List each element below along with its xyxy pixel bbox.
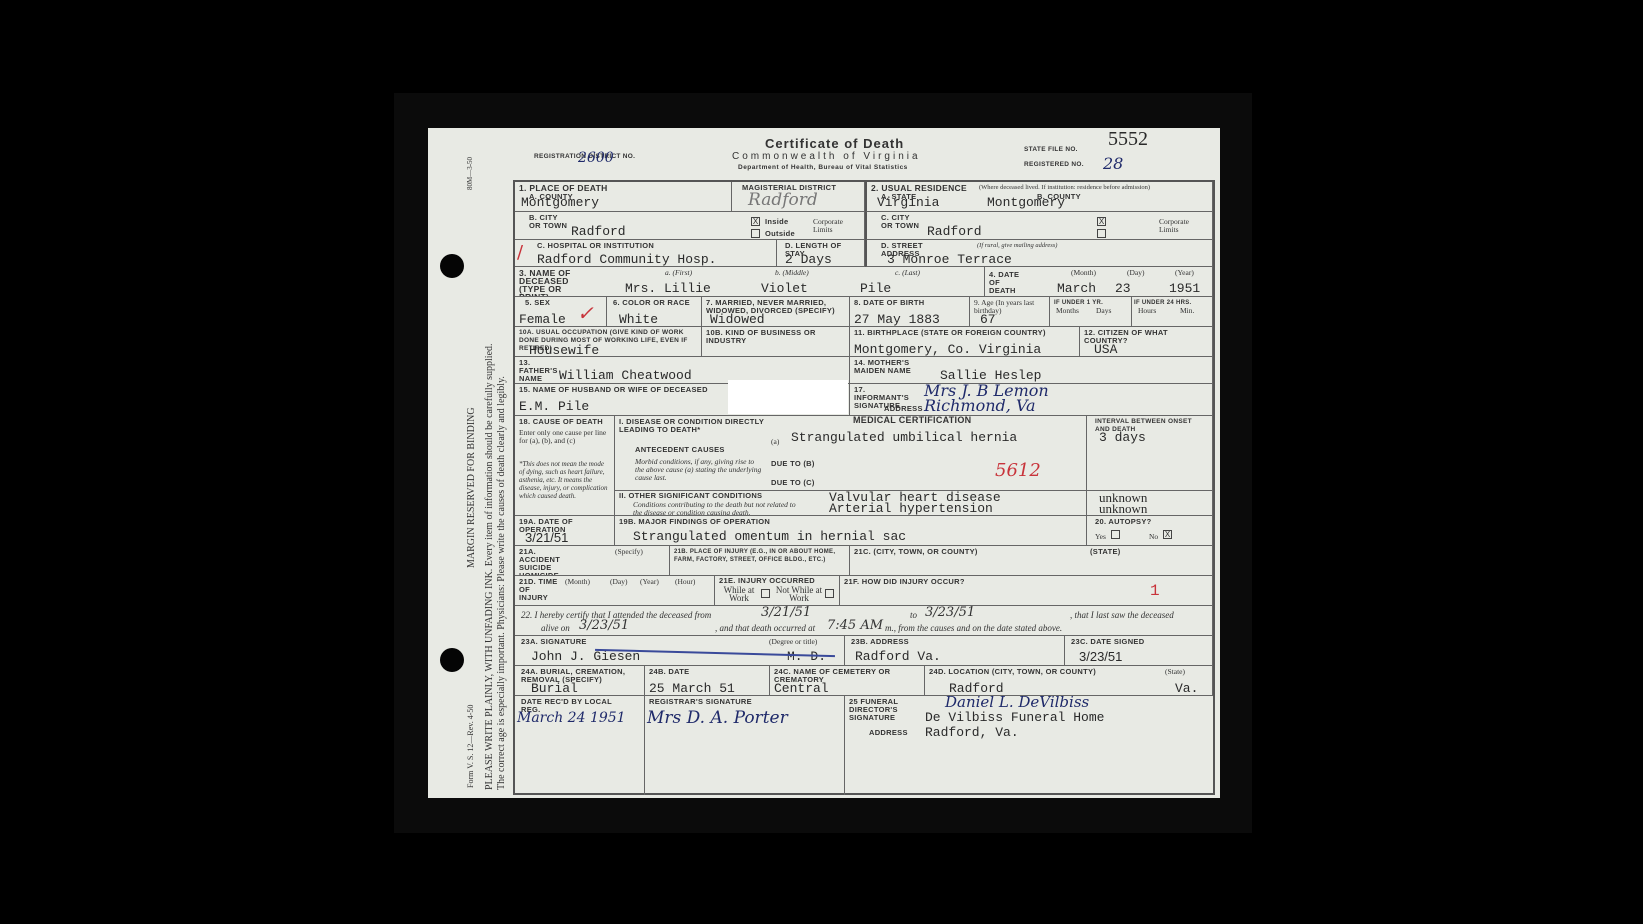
middle-name: Violet — [761, 281, 808, 296]
burial-type-cell: 24a. Burial, Cremation, Removal (Specify… — [515, 666, 645, 696]
age-cell: 9. Age (In years last birthday) 67 — [970, 297, 1050, 327]
date-signed: 3/23/51 — [1079, 649, 1122, 664]
residence-outside-checkbox[interactable] — [1097, 229, 1106, 238]
street-cell: d. Street Address (If rural, give mailin… — [865, 240, 1213, 267]
mother-cell: 14. Mother's Maiden Name Sallie Heslep — [850, 357, 1213, 384]
cemetery-cell: 24c. Name of Cemetery or Crematory Centr… — [770, 666, 925, 696]
race: White — [619, 312, 658, 327]
cause-code: 5612 — [995, 460, 1041, 481]
funeral-director-cell: 25 Funeral Director's Signature Daniel L… — [845, 696, 1213, 795]
death-inside-checkbox[interactable]: X — [751, 217, 760, 226]
accident-cell: 21a. Accident Suicide Homicide (Specify) — [515, 546, 670, 576]
birthplace: Montgomery, Co. Virginia — [854, 342, 1041, 357]
death-day: 23 — [1115, 281, 1131, 296]
dob-cell: 8. Date of Birth 27 May 1883 — [850, 297, 970, 327]
not-while-at-work-checkbox[interactable] — [825, 589, 834, 598]
received-date: March 24 1951 — [517, 710, 626, 726]
red-check-mark: / — [517, 242, 523, 263]
marital-status: Widowed — [710, 312, 765, 327]
burial-location-cell: 24d. Location (City, town, or county) (S… — [925, 666, 1213, 696]
cause-a: Strangulated umbilical hernia — [791, 430, 1017, 445]
name-cell: 3. Name of Deceased (Type or Print) a. (… — [515, 267, 985, 297]
stay-cell: d. Length of Stay 2 Days — [777, 240, 865, 267]
medical-certification-title: Medical Certification — [853, 416, 971, 424]
birthplace-cell: 11. Birthplace (State or foreign country… — [850, 327, 1080, 357]
under-year-cell: If under 1 yr. Months Days — [1050, 297, 1132, 327]
autopsy-cell: 20. Autopsy? Yes No X — [1087, 516, 1213, 546]
cause-i-cell: I. Disease or Condition Directly Leading… — [615, 416, 1087, 491]
other-conditions-cell: II. Other Significant Conditions Conditi… — [615, 491, 1087, 516]
department-title: Department of Health, Bureau of Vital St… — [738, 164, 908, 171]
funeral-director-signature: Daniel L. DeVilbiss — [945, 696, 1089, 711]
other-interval-2: unknown — [1099, 501, 1147, 516]
race-cell: 6. Color or Race White — [607, 297, 702, 327]
certificate-title: Certificate of Death — [765, 136, 904, 151]
instructions-1: PLEASE WRITE PLAINLY, WITH UNFADING INK.… — [484, 343, 495, 790]
how-injury-cell: 21f. How did injury occur? 1 — [840, 576, 1213, 606]
injury-city-cell: 21c. (City, Town, or County) (State) — [850, 546, 1213, 576]
autopsy-yes-checkbox[interactable] — [1111, 530, 1120, 539]
state-file-label: State File No. — [1024, 146, 1078, 154]
marital-cell: 7. Married, Never Married, Widowed, Divo… — [702, 297, 850, 327]
residence-county: Montgomery — [987, 195, 1065, 210]
age: 67 — [980, 312, 996, 327]
red-mark: 1 — [1150, 582, 1160, 600]
operation-date: 3/21/51 — [525, 530, 568, 545]
operation-findings-cell: 19b. Major Findings of Operation Strangu… — [615, 516, 1087, 546]
length-of-stay: 2 Days — [785, 252, 832, 267]
other-interval-cell: unknown unknown — [1087, 491, 1213, 516]
funeral-director-address: Radford, Va. — [925, 725, 1019, 740]
residence-inside-checkbox[interactable]: X — [1097, 217, 1106, 226]
date-of-death-cell: 4. Date of Death (Month) (Day) (Year) Ma… — [985, 267, 1213, 297]
first-name: Mrs. Lillie — [625, 281, 711, 296]
burial-date-cell: 24b. Date 25 March 51 — [645, 666, 770, 696]
autopsy-no-checkbox[interactable]: X — [1163, 530, 1172, 539]
physician-address: Radford Va. — [855, 649, 941, 664]
red-check-mark: ✓ — [577, 301, 594, 325]
physician-address-cell: 23b. Address Radford Va. — [845, 636, 1065, 666]
registered-no-label: Registered No. — [1024, 161, 1084, 169]
form-code: Form V. S. 12—Rev. 4-50 — [466, 705, 475, 788]
magisterial-cell: Magisterial District Radford — [732, 182, 865, 212]
interval-a: 3 days — [1099, 430, 1146, 445]
registrar-signature: Mrs D. A. Porter — [647, 708, 788, 728]
death-county-cell: 1. Place of Death a. County Montgomery — [515, 182, 732, 212]
physician-signature-cell: 23a. Signature (Degree or title) John J.… — [515, 636, 845, 666]
redaction-box — [728, 380, 848, 414]
instructions-2: The correct age is especially important.… — [496, 376, 507, 790]
operation-findings: Strangulated omentum in hernial sac — [633, 529, 906, 544]
residence-city-cell: c. City or Town Radford X Corporate Limi… — [865, 212, 1213, 240]
registration-district-no: 2600 — [578, 150, 614, 166]
burial-location: Radford — [949, 681, 1004, 696]
other-condition-2: Arterial hypertension — [829, 501, 993, 516]
attended-from: 3/21/51 — [761, 606, 811, 620]
date-of-birth: 27 May 1883 — [854, 312, 940, 327]
informant-cell: 17. Informant's Signature Address Mrs J.… — [850, 384, 1213, 416]
occupation: Housewife — [529, 343, 599, 357]
death-county: Montgomery — [521, 195, 599, 210]
received-date-cell: Date Rec'd by Local Reg. March 24 1951 — [515, 696, 645, 795]
burial-state: Va. — [1175, 681, 1198, 696]
occupation-cell: 10a. Usual Occupation (Give kind of work… — [515, 327, 702, 357]
injury-place-cell: 21b. Place of Injury (e.g., in or about … — [670, 546, 850, 576]
injury-time-cell: 21d. Time of Injury (Month) (Day) (Year)… — [515, 576, 715, 606]
binding-hole — [440, 648, 464, 672]
registrar-cell: Registrar's Signature Mrs D. A. Porter — [645, 696, 845, 795]
death-outside-checkbox[interactable] — [751, 229, 760, 238]
last-seen-alive: 3/23/51 — [579, 618, 629, 633]
death-city: Radford — [571, 224, 626, 239]
informant-address: Richmond, Va — [924, 396, 1036, 415]
under-day-cell: If under 24 hrs. Hours Min. — [1132, 297, 1213, 327]
date-signed-cell: 23c. Date Signed 3/23/51 — [1065, 636, 1213, 666]
registered-no: 28 — [1103, 154, 1123, 173]
business-cell: 10b. Kind of Business or Industry — [702, 327, 850, 357]
binding-note: MARGIN RESERVED FOR BINDING — [466, 407, 477, 568]
attended-to: 3/23/51 — [925, 606, 975, 620]
mother-name: Sallie Heslep — [940, 368, 1041, 383]
sex: Female — [519, 312, 566, 327]
residence-city: Radford — [927, 224, 982, 239]
hospital: Radford Community Hosp. — [537, 252, 716, 267]
father-name: William Cheatwood — [559, 368, 692, 383]
certification-cell: 22. I hereby certify that I attended the… — [515, 606, 1213, 636]
burial-type: Burial — [531, 681, 578, 696]
injury-occurred-cell: 21e. Injury Occurred While at Work Not W… — [715, 576, 840, 606]
print-code: 80M—3-50 — [466, 157, 474, 190]
death-month: March — [1057, 281, 1096, 296]
cause-instructions-cell: 18. Cause of Death Enter only one cause … — [515, 416, 615, 516]
interval-cell: Interval between onset and death 3 days — [1087, 416, 1213, 491]
burial-date: 25 March 51 — [649, 681, 735, 696]
hospital-cell: / c. Hospital or Institution Radford Com… — [515, 240, 777, 267]
residence-state-cell: 2. Usual Residence (Where deceased lived… — [865, 182, 1213, 212]
funeral-home: De Vilbiss Funeral Home — [925, 710, 1104, 725]
commonwealth-title: Commonwealth of Virginia — [732, 151, 921, 162]
while-at-work-checkbox[interactable] — [761, 589, 770, 598]
death-city-cell: b. City or Town Radford X Inside Outside… — [515, 212, 865, 240]
state-file-no: 5552 — [1108, 128, 1148, 151]
spouse-name: E.M. Pile — [519, 399, 589, 414]
street-address: 3 Monroe Terrace — [887, 252, 1012, 267]
residence-state: Virginia — [877, 195, 939, 210]
binding-hole — [440, 254, 464, 278]
sex-cell: 5. Sex Female ✓ — [515, 297, 607, 327]
cemetery: Central — [774, 681, 829, 696]
citizenship: USA — [1094, 342, 1117, 357]
last-name: Pile — [860, 281, 891, 296]
citizen-cell: 12. Citizen of what country? USA — [1080, 327, 1213, 357]
operation-date-cell: 19a. Date of Operation 3/21/51 — [515, 516, 615, 546]
death-year: 1951 — [1169, 281, 1200, 296]
death-time: 7:45 AM — [827, 618, 883, 633]
magisterial-district: Radford — [748, 190, 818, 210]
certificate-form: 1. Place of Death a. County Montgomery M… — [513, 180, 1215, 795]
